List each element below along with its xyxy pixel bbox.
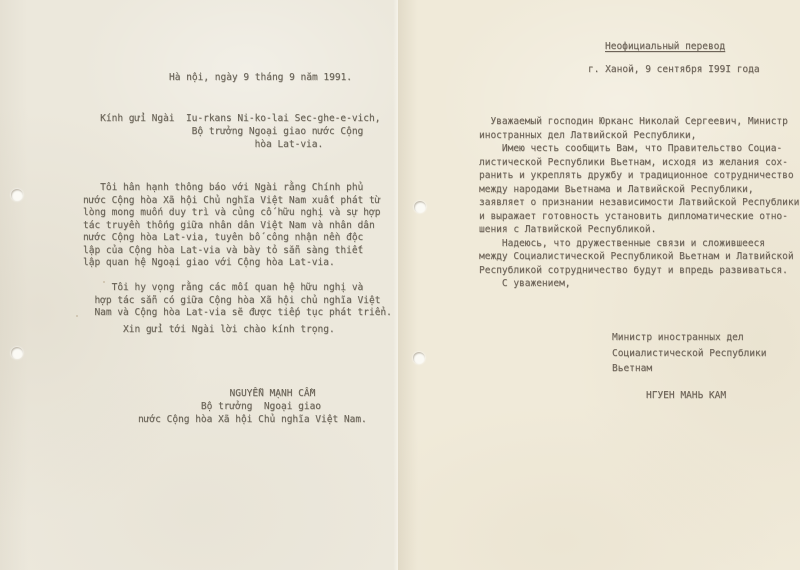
signature-title-block: Министр иностранных дел Социалистической… [612, 330, 766, 377]
letter-date-line: Hà nội, ngày 9 tháng 9 năm 1991. [169, 71, 352, 84]
vietnamese-letter-page: Hà nội, ngày 9 tháng 9 năm 1991. Kính gử… [0, 0, 398, 570]
signature-block: NGUYỄN MẠNH CẦM Bộ trưởng Ngoại giao nướ… [138, 387, 367, 426]
two-page-letter-scan: Hà nội, ngày 9 tháng 9 năm 1991. Kính gử… [0, 0, 800, 570]
letter-body: Tôi hân hạnh thông báo với Ngài rằng Chí… [83, 182, 392, 320]
russian-translation-page: Неофициальный перевод г. Ханой, 9 сентяб… [398, 0, 800, 570]
punch-hole [11, 189, 23, 201]
signature-name: НГУЕН МАНЬ КАМ [646, 389, 726, 403]
recipient-address-block: Kính gửi Ngài Iu-rkans Ni-ko-lai Sec-ghe… [83, 112, 380, 151]
paper-speck [76, 315, 78, 317]
letter-date-line: г. Ханой, 9 сентября I99I года [588, 63, 760, 77]
punch-hole [11, 347, 23, 359]
closing-salutation: Xin gửi tới Ngài lời chào kính trọng. [83, 324, 335, 337]
letter-body: Уважаемый господин Юрканс Николай Сергее… [479, 115, 799, 291]
punch-hole [414, 201, 426, 213]
unofficial-translation-heading: Неофициальный перевод [605, 40, 725, 54]
punch-hole [413, 352, 425, 364]
